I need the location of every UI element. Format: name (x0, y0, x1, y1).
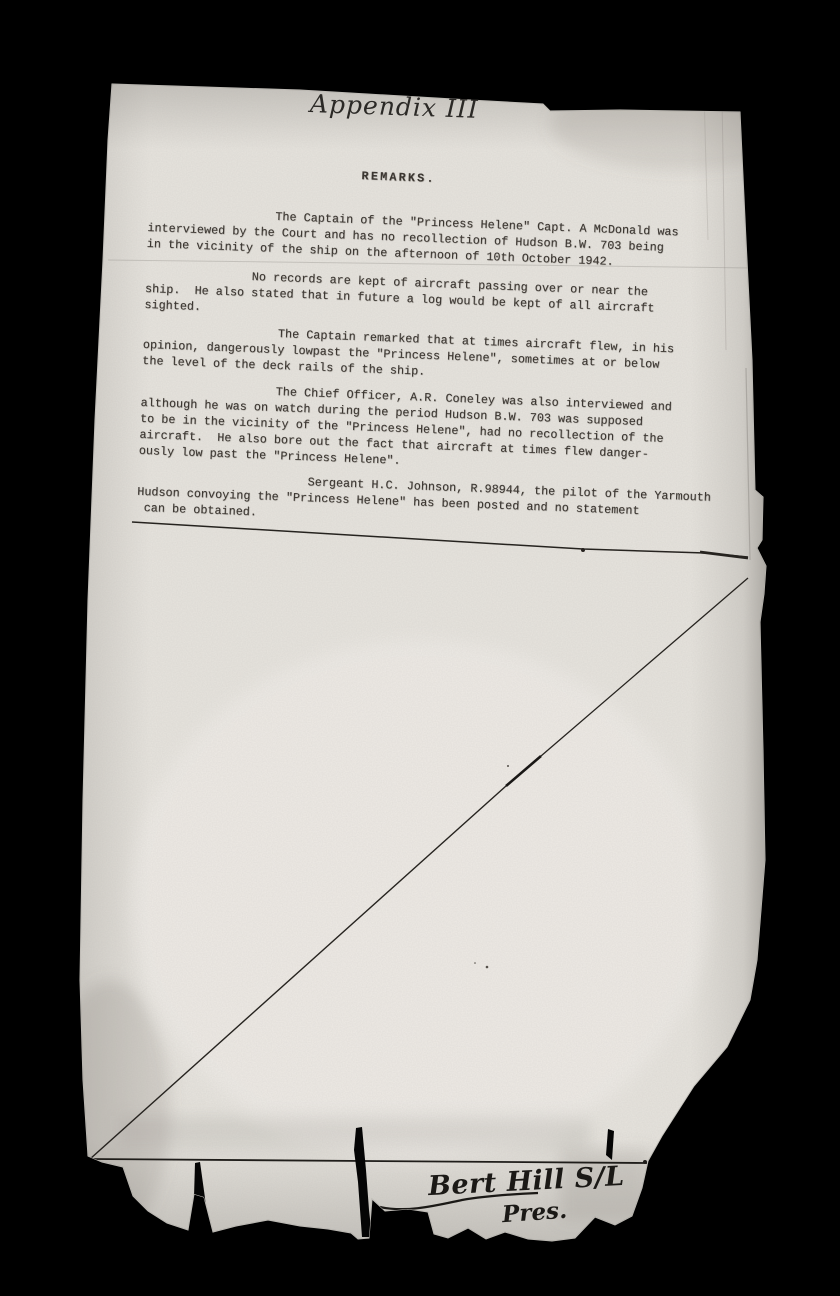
appendix-annotation: Appendix III (310, 89, 480, 124)
paragraph-chief-officer: The Chief Officer, A.R. Coneley was also… (139, 379, 752, 482)
typed-text-block: REMARKS. The Captain of the "Princess He… (136, 160, 759, 539)
signature-title: Pres. (501, 1197, 568, 1228)
paragraph-captain-interviewed: The Captain of the "Princess Helene" Cap… (146, 204, 757, 275)
scanned-page-background: Appendix III REMARKS. The Captain of the… (0, 0, 840, 1296)
